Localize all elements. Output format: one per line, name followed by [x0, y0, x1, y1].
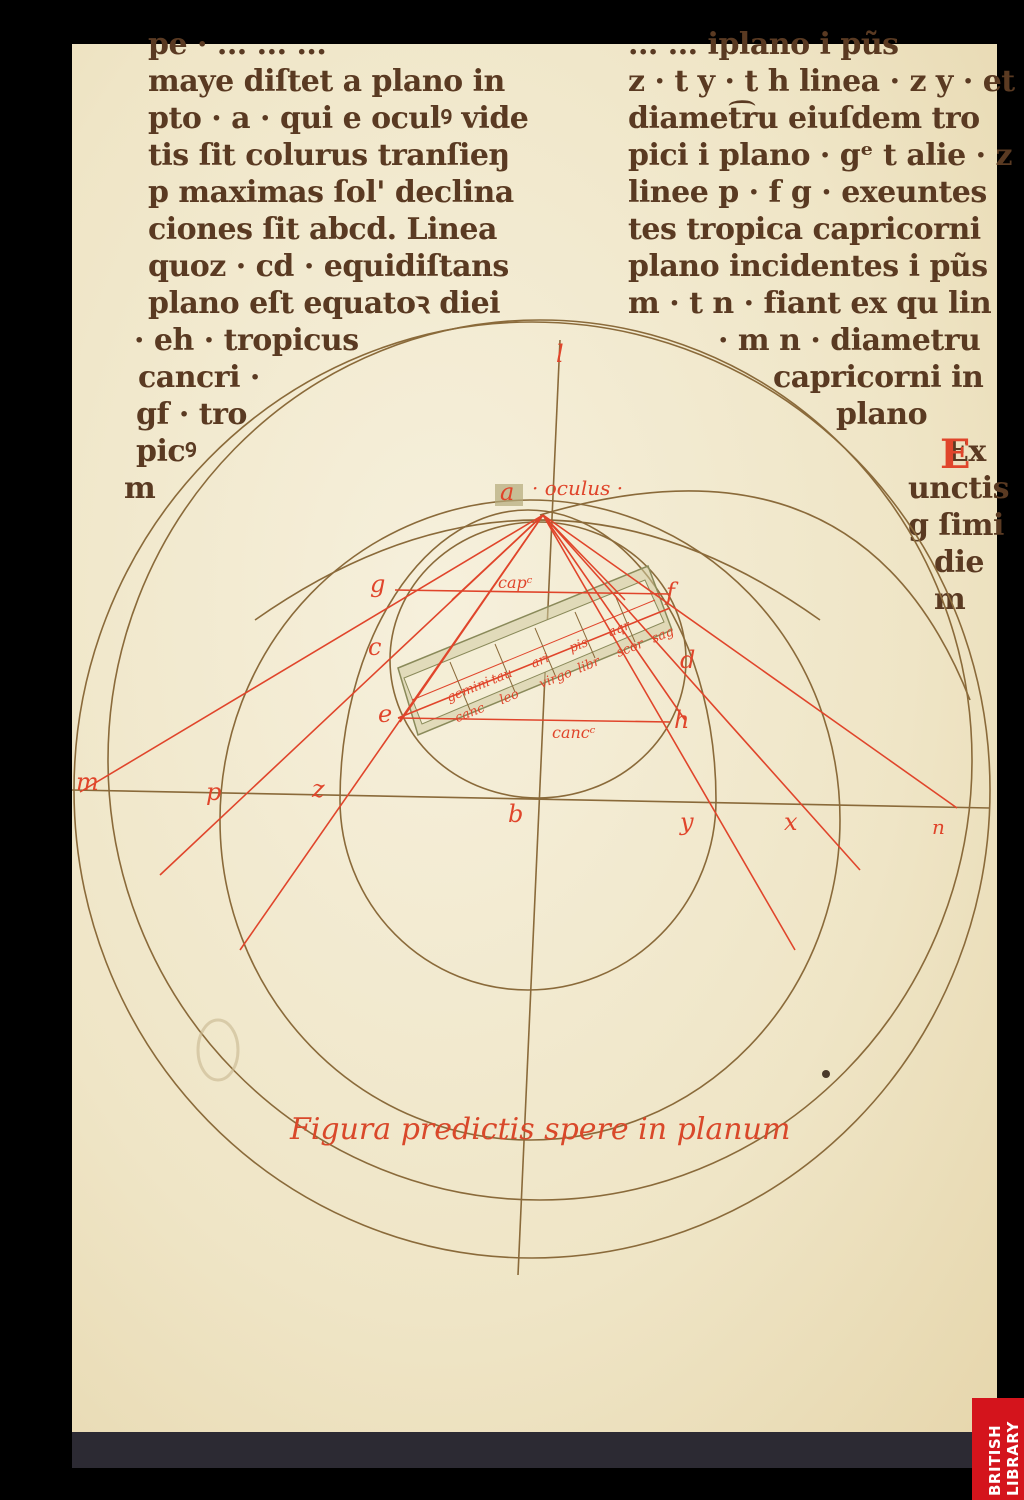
label-p: p: [206, 778, 221, 806]
label-capricorni: capᶜ: [498, 573, 533, 592]
label-c: c: [368, 633, 381, 661]
label-a: a: [500, 478, 514, 506]
label-f: f: [664, 578, 679, 606]
watermark-line-2: LIBRARY: [1004, 1421, 1022, 1496]
label-y: y: [679, 808, 694, 836]
stain-mark: [198, 1020, 238, 1080]
ink-dot: [822, 1070, 830, 1078]
label-x: x: [784, 808, 798, 836]
label-m: m: [76, 768, 99, 796]
label-l: l: [556, 340, 564, 368]
watermark-line-1: BRITISH: [986, 1425, 1004, 1496]
stereographic-projection-diagram: a · oculus · l g f c d e h m p z b y x n…: [0, 0, 1024, 1500]
label-e: e: [378, 700, 392, 728]
label-oculus: · oculus ·: [532, 476, 623, 500]
label-cancri: cancᶜ: [552, 723, 596, 742]
middle-circle: [220, 500, 840, 1140]
label-h: h: [674, 706, 689, 734]
british-library-watermark: BRITISH LIBRARY: [972, 1398, 1024, 1500]
label-z: z: [311, 775, 325, 803]
label-g: g: [370, 570, 385, 598]
label-b: b: [508, 800, 523, 828]
label-d: d: [680, 646, 695, 674]
figure-caption: Figura predictis spere in planum: [290, 1112, 790, 1147]
arc-upper: [255, 520, 820, 620]
outer-circle-2: [108, 320, 972, 1200]
red-initial-letter: E: [940, 431, 971, 478]
label-n: n: [932, 815, 945, 839]
